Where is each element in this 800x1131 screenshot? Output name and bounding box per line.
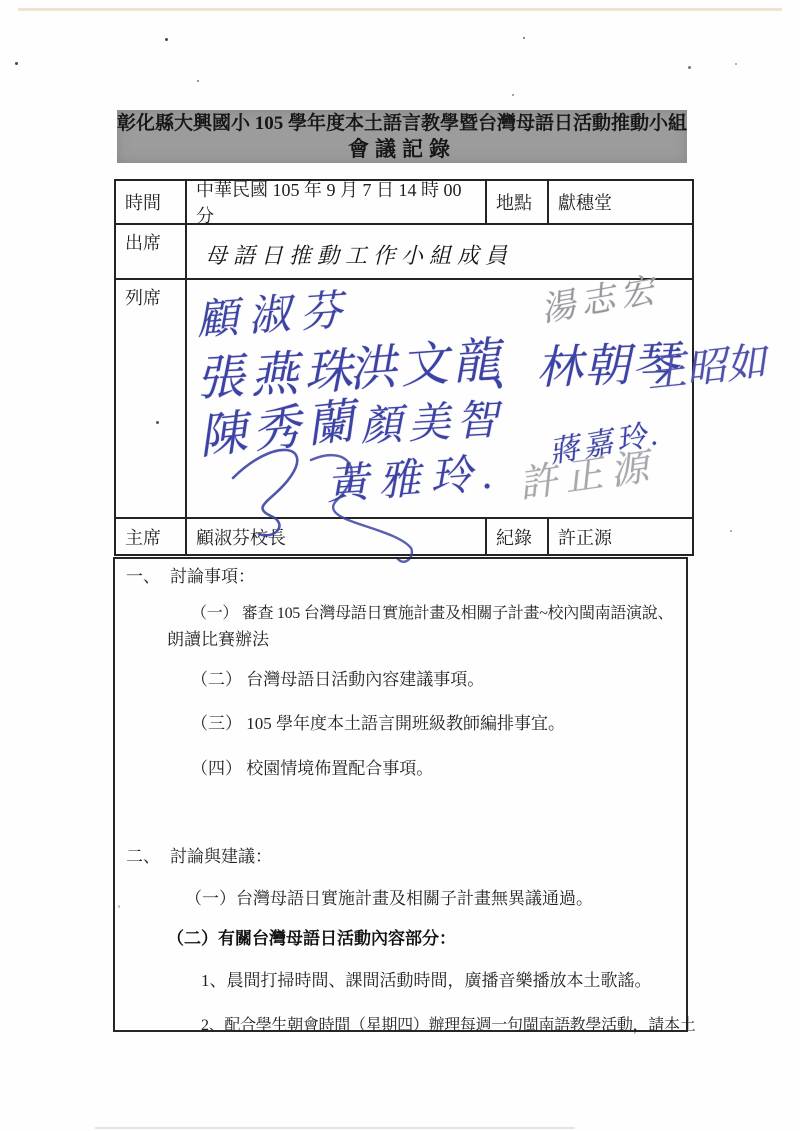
observers-label-cell: 列席 xyxy=(116,280,187,519)
section2-heading: 二、討論與建議： xyxy=(126,842,272,867)
chair-value-cell: 顧淑芬校長 xyxy=(187,519,487,554)
section1-number: 一、 xyxy=(126,562,170,587)
scan-speck xyxy=(512,94,514,96)
scan-speck xyxy=(730,530,732,532)
section1-item1-line1: （一） 審查 105 台灣母語日實施計畫及相關子計畫~校內閩南語演說、 xyxy=(191,600,673,623)
scan-speck xyxy=(197,80,199,82)
section1-title: 討論事項： xyxy=(170,567,255,586)
scan-artifact-top-line xyxy=(18,8,782,11)
location-label-cell: 地點 xyxy=(487,181,549,225)
section1-item2: （二） 台灣母語日活動內容建議事項。 xyxy=(191,665,484,690)
section2-item1: （一）台灣母語日實施計畫及相關子計畫無異議通過。 xyxy=(185,884,593,909)
section1-heading: 一、討論事項： xyxy=(126,562,255,587)
section2-number: 二、 xyxy=(126,842,170,867)
minutes-content-box: 一、討論事項： （一） 審查 105 台灣母語日實施計畫及相關子計畫~校內閩南語… xyxy=(113,557,688,1032)
section1-item3: （三） 105 學年度本土語言開班級教師編排事宜。 xyxy=(191,709,565,734)
meeting-meta-table: 時間 中華民國 105 年 9 月 7 日 14 時 00 分 地點 獻穗堂 出… xyxy=(114,179,694,556)
observers-signature-area xyxy=(187,280,692,519)
scan-speck xyxy=(165,38,168,41)
scan-artifact-bottom-line xyxy=(95,1127,575,1129)
location-value-cell: 獻穗堂 xyxy=(549,181,692,225)
time-label-cell: 時間 xyxy=(116,181,187,225)
scan-speck xyxy=(735,63,737,65)
scanned-meeting-minutes-page: 彰化縣大興國小 105 學年度本土語言教學暨台灣母語日活動推動小組 會議記錄 時… xyxy=(0,0,800,1131)
document-title-block: 彰化縣大興國小 105 學年度本土語言教學暨台灣母語日活動推動小組 會議記錄 xyxy=(117,110,687,163)
document-title-line2: 會議記錄 xyxy=(117,136,687,162)
scan-speck xyxy=(688,66,691,69)
section2-title: 討論與建議： xyxy=(170,847,272,866)
attendees-label-cell: 出席 xyxy=(116,225,187,280)
section2-subitem1: 1、晨間打掃時間、課間活動時間，廣播音樂播放本土歌謠。 xyxy=(201,966,652,991)
section2-subitem2: 2、配合學生朝會時間（星期四）辦理每週一句閩南語教學活動，請本土 xyxy=(201,1012,695,1035)
section2-item2: （二）有關台灣母語日活動內容部分： xyxy=(167,924,456,949)
scan-speck xyxy=(15,62,18,65)
document-title-line1: 彰化縣大興國小 105 學年度本土語言教學暨台灣母語日活動推動小組 xyxy=(117,111,687,136)
scan-speck xyxy=(523,37,525,39)
time-value-cell: 中華民國 105 年 9 月 7 日 14 時 00 分 xyxy=(187,181,487,225)
recorder-label-cell: 紀錄 xyxy=(487,519,549,554)
chair-label-cell: 主席 xyxy=(116,519,187,554)
recorder-value-cell: 許正源 xyxy=(549,519,692,554)
section1-item4: （四） 校園情境佈置配合事項。 xyxy=(191,754,433,779)
section1-item1-line2: 朗讀比賽辦法 xyxy=(167,625,269,650)
attendees-value-cell: 母語日推動工作小組成員 xyxy=(187,225,692,280)
